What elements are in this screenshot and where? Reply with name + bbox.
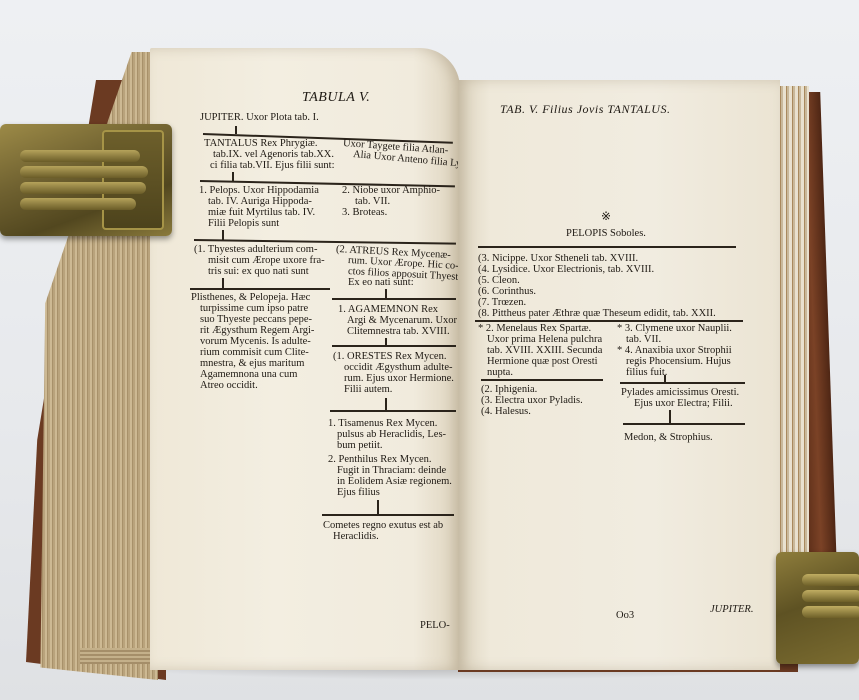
tree-bracket [478, 246, 736, 248]
thyestes-line: (1. Thyestes adulterium com- [194, 244, 317, 256]
plisthenes-line: suo Thyeste peccans pepe- [200, 314, 312, 326]
tisamenus-line: bum petiit. [337, 440, 383, 452]
anaxibia-line: regis Phocensium. Hujus [626, 356, 731, 368]
root-entry-jupiter: JUPITER. Uxor Plota tab. I. [200, 112, 319, 124]
pelops-line: tab. IV. Auriga Hippoda- [208, 196, 312, 208]
tree-bracket [330, 410, 456, 412]
clamp-finger [802, 590, 859, 602]
plisthenes-line: Plisthenes, & Pelopeja. Hæc [191, 292, 310, 304]
tisamenus-line: 1. Tisamenus Rex Mycen. [328, 418, 437, 430]
clamp-finger [20, 182, 146, 194]
list-item: (8. Pittheus pater Æthræ quæ Theseum edi… [478, 308, 716, 320]
clamp-finger [20, 150, 140, 162]
atreus-line: Ex eo nati sunt: [348, 277, 414, 289]
menelaus-line: Hermione quæ post Oresti [487, 356, 598, 368]
tree-connector [669, 410, 671, 423]
clymene-line: * 3. Clymene uxor Nauplii. [617, 323, 732, 335]
penthilus-line: Fugit in Thraciam: deinde [337, 465, 446, 477]
pelops-line: 1. Pelops. Uxor Hippodamia [199, 185, 319, 197]
menelaus-line: Uxor prima Helena pulchra [487, 334, 602, 346]
plisthenes-line: rium commisit cum Clite- [200, 347, 309, 359]
tree-connector [232, 172, 234, 181]
clamp-finger [20, 166, 148, 178]
tantalus-entry-line2: tab.IX. vel Agenoris tab.XX. [213, 149, 334, 161]
list-item: (5. Cleon. [478, 275, 520, 287]
penthilus-line: 2. Penthilus Rex Mycen. [328, 454, 432, 466]
menelaus-line: tab. XVIII. XXIII. Secunda [487, 345, 602, 357]
page-title: TABULA V. [302, 90, 370, 106]
orestes-line: rum. Ejus uxor Hermione. [344, 373, 454, 385]
tantalus-entry-line1: TANTALUS Rex Phrygiæ. [204, 138, 318, 150]
tantalus-entry-line3: ci filia tab.VII. Ejus filii sunt: [210, 160, 335, 172]
cometes-line: Heraclidis. [333, 531, 379, 543]
tree-bracket [332, 298, 456, 300]
clamp-finger [802, 574, 859, 586]
brass-hand-clamp-right [776, 552, 859, 664]
signature-mark: Oo3 [616, 610, 634, 622]
pelops-line: miæ fuit Myrtilus tab. IV. [208, 207, 315, 219]
plisthenes-line: mnestra, & ejus maritum [200, 358, 304, 370]
orestes-line: Filii autem. [344, 384, 392, 396]
thyestes-line: misit cum Ærope uxore fra- [208, 255, 325, 267]
list-item: (6. Corinthus. [478, 286, 536, 298]
plisthenes-line: Atreo occidit. [200, 380, 258, 392]
list-item: (2. Iphigenia. [481, 384, 537, 396]
menelaus-line: * 2. Menelaus Rex Spartæ. [478, 323, 591, 335]
running-header: TAB. V. Filius Jovis TANTALUS. [500, 103, 670, 116]
tisamenus-line: pulsus ab Heraclidis, Les- [337, 429, 446, 441]
pylades-line: Ejus uxor Electra; Filii. [634, 398, 733, 410]
clamp-plate [102, 130, 164, 230]
cometes-line: Cometes regno exutus est ab [323, 520, 443, 532]
list-item: (7. Trœzen. [478, 297, 526, 309]
tree-bracket [322, 514, 454, 516]
tree-connector [385, 398, 387, 410]
agamemnon-line: Clitemnestra tab. XVIII. [347, 326, 450, 338]
tree-connector [235, 126, 237, 134]
section-title: PELOPIS Soboles. [566, 228, 646, 240]
plisthenes-line: Agamemnona una cum [200, 369, 297, 381]
list-item: (4. Lysidice. Uxor Electrionis, tab. XVI… [478, 264, 654, 276]
clymene-line: tab. VII. [626, 334, 661, 346]
pelops-line: Filii Pelopis sunt [208, 218, 279, 230]
plisthenes-line: vorum Mycenis. Is adulte- [200, 336, 311, 348]
tree-connector [377, 500, 379, 514]
tree-bracket [481, 379, 603, 381]
clamp-finger [802, 606, 859, 618]
penthilus-line: in Eolidem Asiæ regionem. [337, 476, 452, 488]
plisthenes-line: rit Ægysthum Regem Argi- [200, 325, 314, 337]
niobe-line: tab. VII. [355, 196, 390, 208]
menelaus-line: nupta. [487, 367, 513, 379]
catchword-left: PELO- [420, 620, 450, 632]
tree-bracket [623, 423, 745, 425]
niobe-line: 2. Niobe uxor Amphio- [342, 185, 440, 197]
penthilus-line: Ejus filius [337, 487, 380, 499]
medon-entry: Medon, & Strophius. [624, 432, 713, 444]
list-item: (3. Electra uxor Pyladis. [481, 395, 583, 407]
tree-bracket [332, 345, 456, 347]
list-item: (3. Nicippe. Uxor Stheneli tab. XVIII. [478, 253, 638, 265]
catchword-right: JUPITER. [710, 604, 753, 616]
pylades-line: Pylades amicissimus Oresti. [621, 387, 739, 399]
orestes-line: (1. ORESTES Rex Mycen. [333, 351, 446, 363]
anaxibia-line: * 4. Anaxibia uxor Strophii [617, 345, 732, 357]
brass-hand-clamp-left [0, 124, 172, 236]
tree-bracket [620, 382, 745, 384]
agamemnon-line: Argi & Mycenarum. Uxor [347, 315, 457, 327]
orestes-line: occidit Ægysthum adulte- [344, 362, 452, 374]
ornament-icon: ※ [601, 210, 611, 223]
niobe-line: 3. Broteas. [342, 207, 387, 219]
list-item: (4. Halesus. [481, 406, 531, 418]
tree-connector [222, 278, 224, 288]
clamp-finger [20, 198, 136, 210]
plisthenes-line: turpissime cum ipso patre [200, 303, 308, 315]
agamemnon-line: 1. AGAMEMNON Rex [338, 304, 438, 316]
tree-bracket [475, 320, 743, 322]
anaxibia-line: filius fuit. [626, 367, 667, 379]
tree-bracket [190, 288, 330, 290]
thyestes-line: tris sui: ex quo nati sunt [208, 266, 309, 278]
